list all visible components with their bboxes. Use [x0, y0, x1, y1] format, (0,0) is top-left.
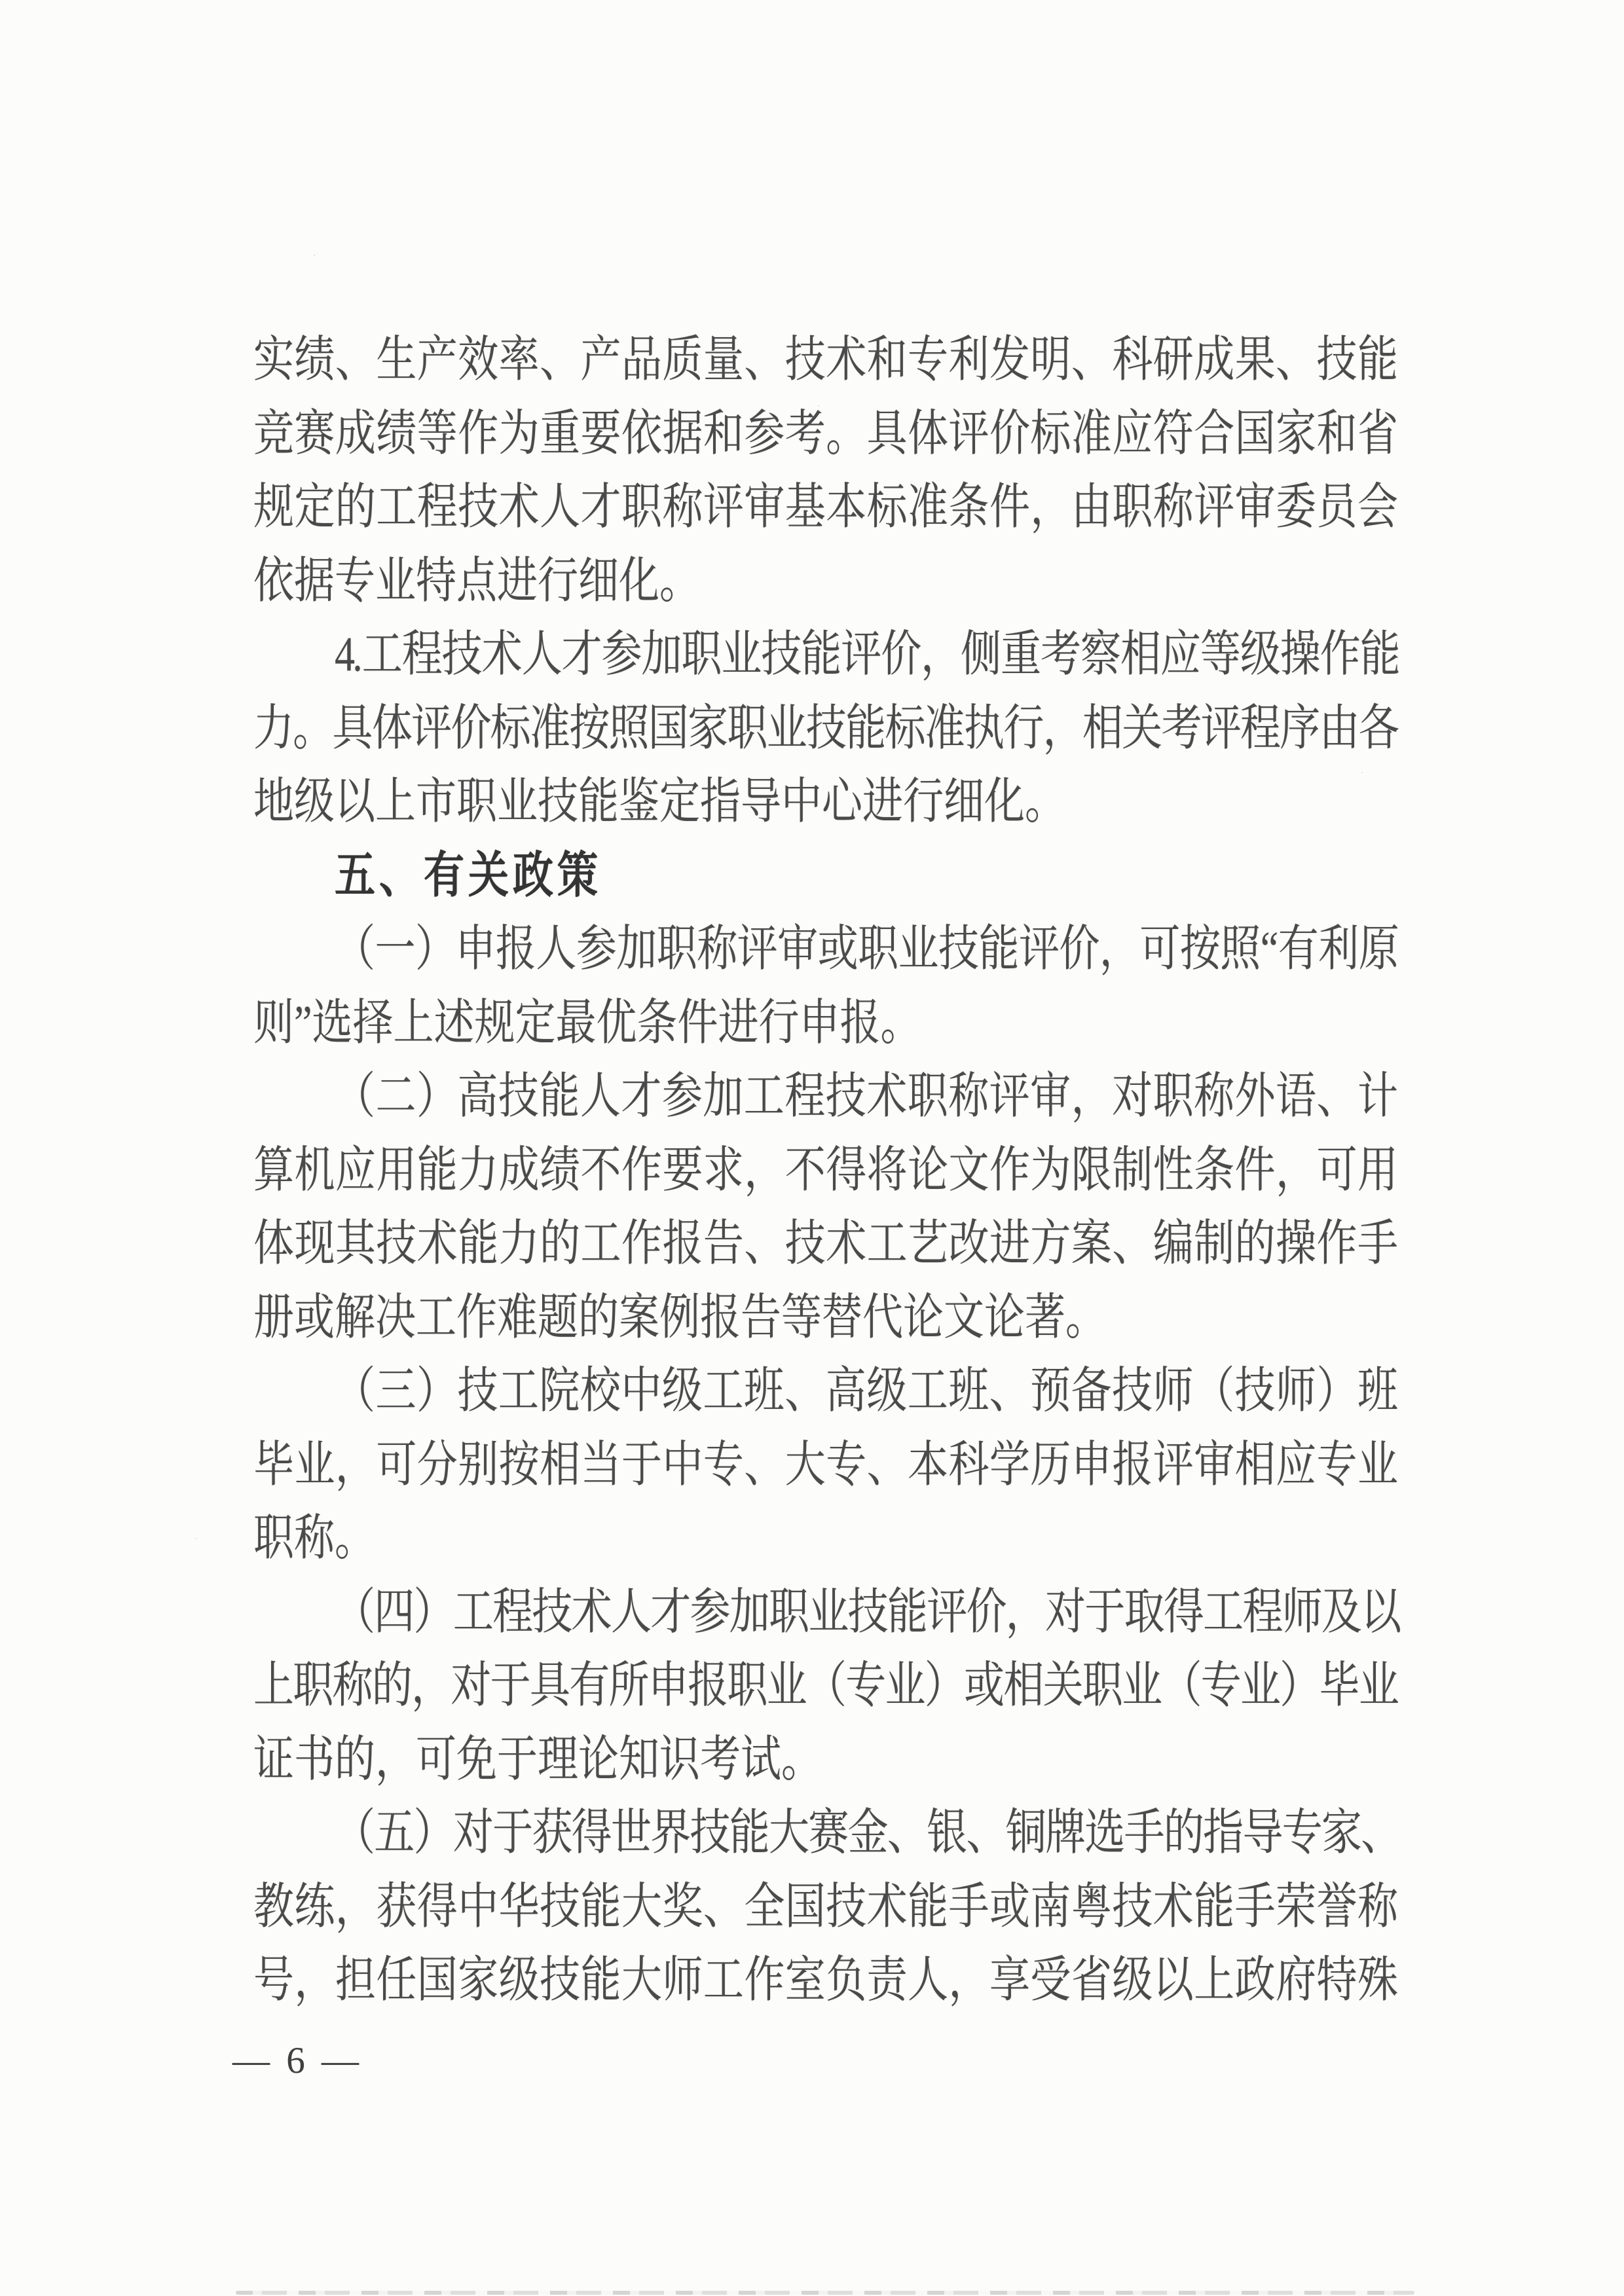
page-number: — 6 — [232, 2040, 359, 2082]
document-page: 实绩、生产效率、产品质量、技术和专利发明、科研成果、技能竞赛成绩等作为重要依据和… [0, 0, 1624, 2296]
document-body: 实绩、生产效率、产品质量、技术和专利发明、科研成果、技能竞赛成绩等作为重要依据和… [253, 323, 1398, 2018]
text-line-23: 号，担任国家级技能大师工作室负责人，享受省级以上政府特殊 [253, 1936, 1398, 2026]
scan-artifact-bottom-edge [236, 2291, 1414, 2295]
